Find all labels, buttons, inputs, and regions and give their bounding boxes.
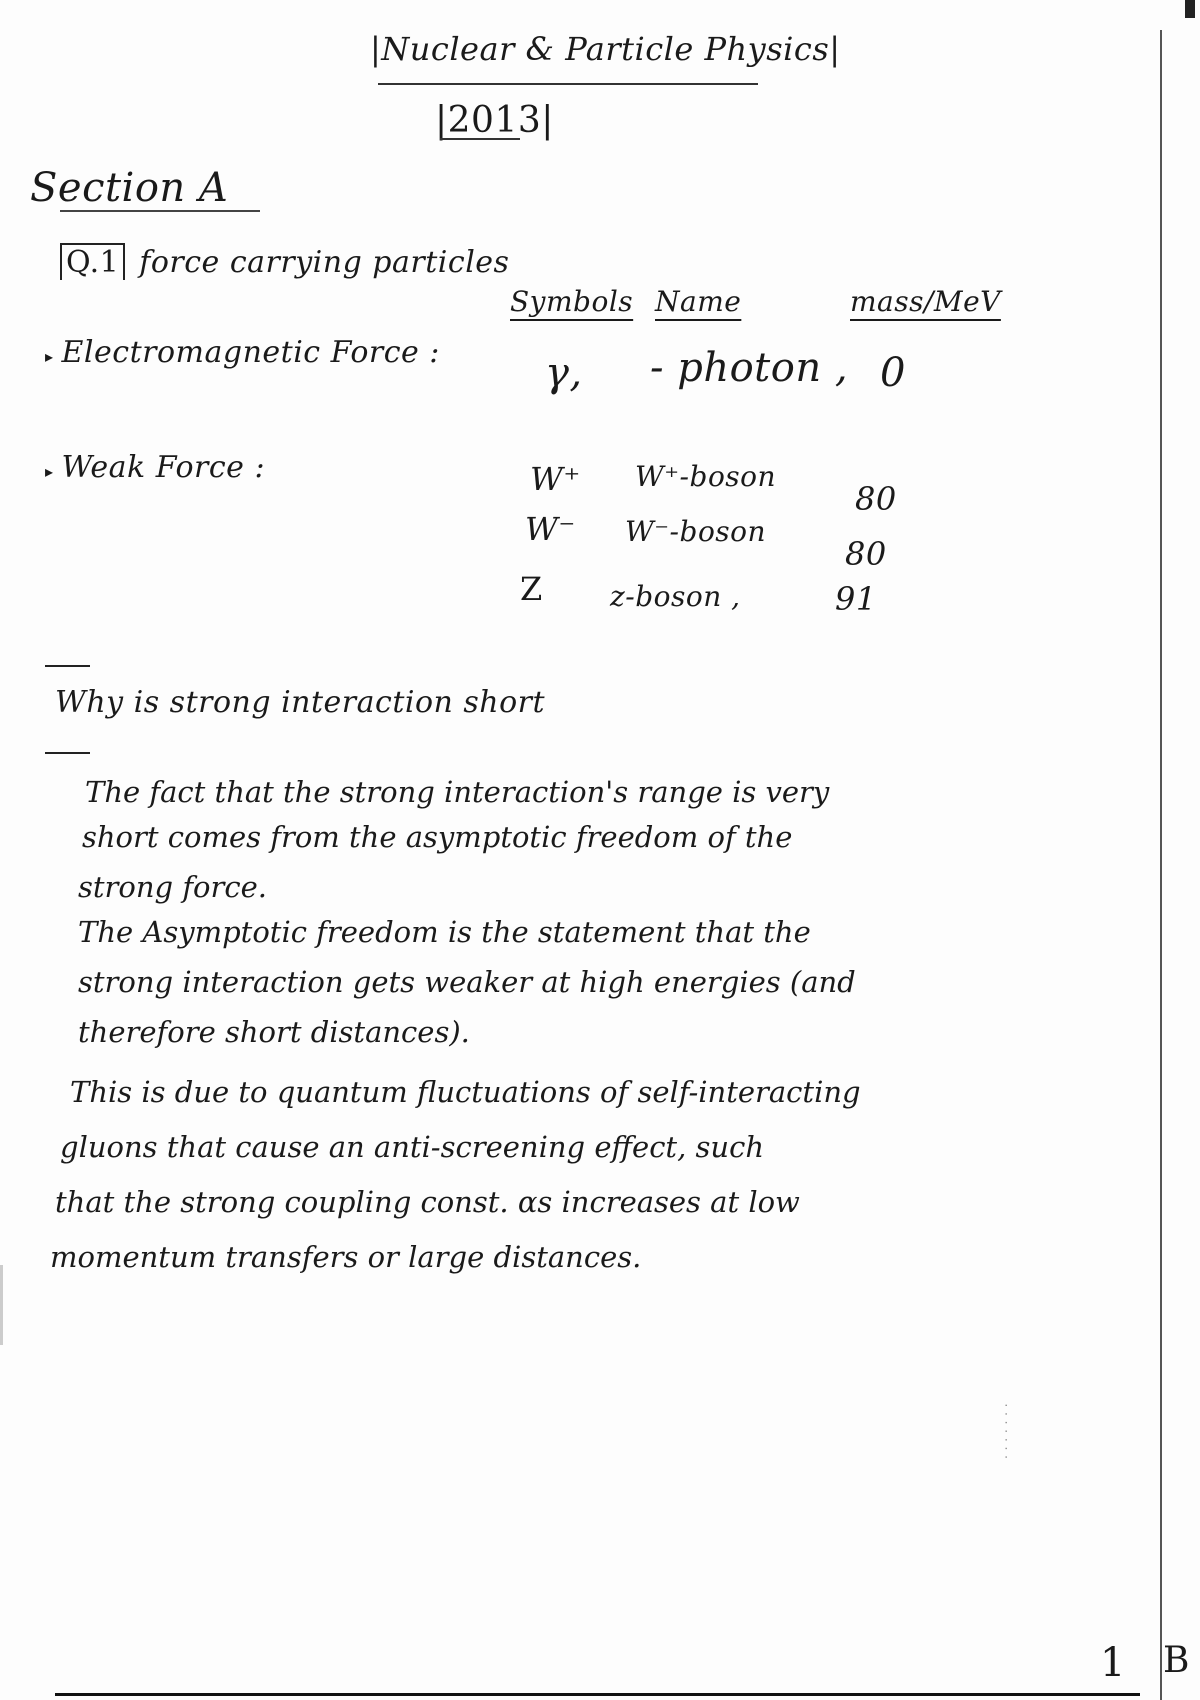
particle-mass: 91 xyxy=(835,580,877,618)
answer-line: therefore short distances). xyxy=(78,1015,470,1049)
bottom-rule xyxy=(55,1693,1140,1696)
particle-name: W⁺-boson xyxy=(635,460,776,493)
force-label-electromagnetic: ▸Electromagnetic Force : xyxy=(45,335,440,370)
particle-name: z-boson , xyxy=(610,580,741,613)
particle-name: W⁻-boson xyxy=(625,515,766,548)
question-1-text: force carrying particles xyxy=(139,245,509,280)
particle-mass: 0 xyxy=(880,350,906,396)
column-header-symbol: Symbols xyxy=(510,285,633,318)
column-header-mass: mass/MeV xyxy=(850,285,1001,318)
particle-symbol: W⁺ xyxy=(530,460,581,498)
answer-line: momentum transfers or large distances. xyxy=(50,1240,641,1274)
margin-mark: B xyxy=(1163,1640,1190,1681)
answer-line: The Asymptotic freedom is the statement … xyxy=(78,915,811,949)
document-title: |Nuclear & Particle Physics| xyxy=(370,30,841,68)
scan-edge xyxy=(0,1265,3,1345)
particle-symbol: γ, xyxy=(545,350,583,396)
answer-line: gluons that cause an anti-screening effe… xyxy=(60,1130,764,1164)
answer-line: The fact that the strong interaction's r… xyxy=(85,775,829,809)
answer-line: strong force. xyxy=(78,870,267,904)
document-year: |2013| xyxy=(435,100,554,141)
question-1-heading: Q.1force carrying particles xyxy=(60,245,509,280)
page-number: 1 xyxy=(1100,1640,1126,1686)
particle-mass: 80 xyxy=(845,535,887,573)
column-header-name: Name xyxy=(655,285,741,318)
scan-stamp: ······· xyxy=(1000,1400,1013,1460)
particle-name: - photon , xyxy=(650,345,848,391)
answer-line: strong interaction gets weaker at high e… xyxy=(78,965,856,999)
particle-symbol: Z xyxy=(520,570,543,608)
bullet-icon: ▸ xyxy=(45,347,54,366)
bullet-icon: ▸ xyxy=(45,462,54,481)
margin-line xyxy=(1160,30,1162,1700)
answer-line: that the strong coupling const. αs incre… xyxy=(55,1185,800,1219)
question-2-heading: Why is strong interaction short xyxy=(55,685,545,720)
force-label-weak: ▸Weak Force : xyxy=(45,450,265,485)
particle-mass: 80 xyxy=(855,480,897,518)
particle-symbol: W⁻ xyxy=(525,510,576,548)
answer-line: short comes from the asymptotic freedom … xyxy=(82,820,792,854)
divider xyxy=(45,752,90,754)
section-heading: Section A xyxy=(30,165,228,211)
answer-line: This is due to quantum fluctuations of s… xyxy=(70,1075,861,1109)
question-number: Q.1 xyxy=(60,243,125,280)
section-underline xyxy=(60,210,260,212)
divider xyxy=(45,665,90,667)
year-underline xyxy=(440,138,520,140)
title-underline xyxy=(378,83,758,85)
scan-corner-mark xyxy=(1185,0,1195,18)
